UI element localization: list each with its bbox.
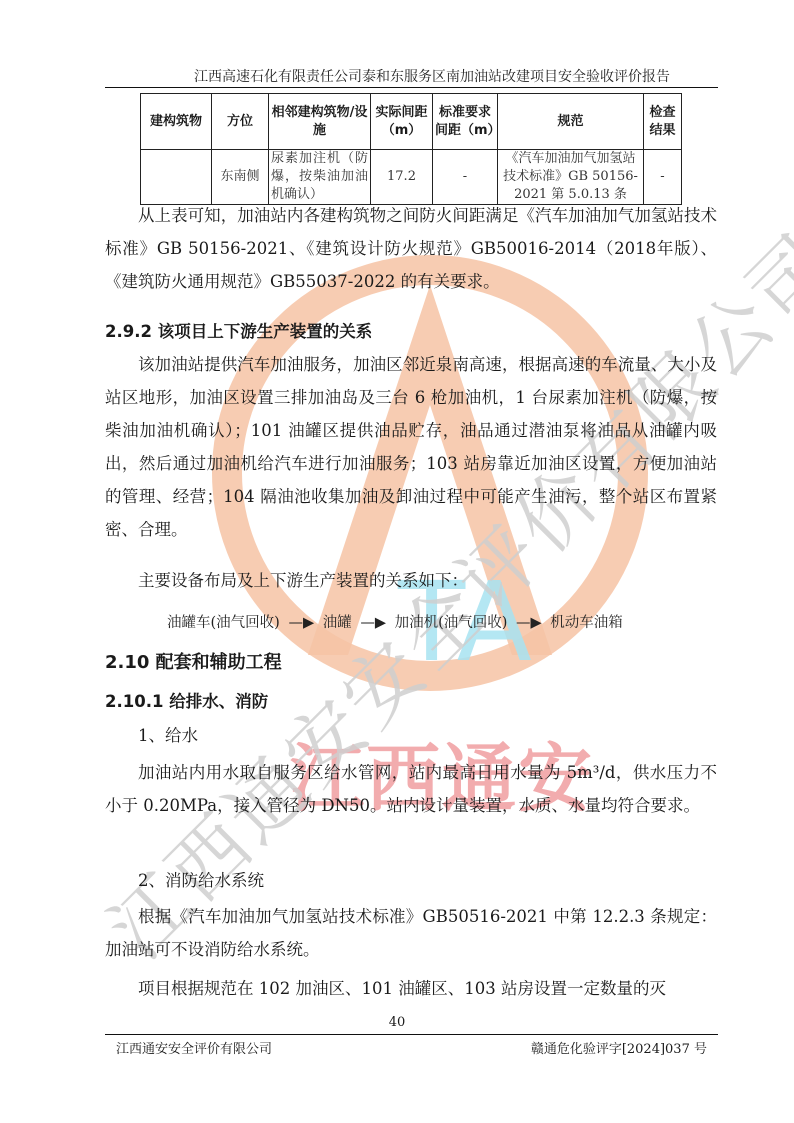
column-header: 实际间距（m） — [371, 94, 433, 150]
footer-doc-number: 赣通危化验评字[2024]037 号 — [531, 1038, 707, 1057]
column-header: 建构筑物 — [141, 94, 212, 150]
table-row: 东南侧 尿素加注机（防爆，按柴油加油机确认） 17.2 - 《汽车加油加气加氢站… — [141, 150, 682, 205]
process-flow: 油罐车(油气回收) —▶ 油罐 —▶ 加油机(油气回收) —▶ 机动车油箱 — [167, 611, 623, 632]
column-header: 方位 — [212, 94, 269, 150]
cell-adjacent: 尿素加注机（防爆，按柴油加油机确认） — [269, 150, 371, 205]
cell-result: - — [644, 150, 682, 205]
flow-intro: 主要设备布局及上下游生产装置的关系如下： — [105, 564, 717, 597]
column-header: 相邻建构筑物/设施 — [269, 94, 371, 150]
column-header: 规范 — [498, 94, 644, 150]
flow-step: 加油机(油气回收) — [395, 615, 508, 631]
section-heading-2-10-1: 2.10.1 给排水、消防 — [105, 688, 268, 712]
flow-step: 油罐 — [323, 615, 352, 631]
relationship-paragraph: 该加油站提供汽车加油服务，加油区邻近泉南高速，根据高速的车流量、大小及站区地形，… — [105, 348, 717, 546]
item-1-label: 1、给水 — [105, 719, 717, 752]
cell-building — [141, 150, 212, 205]
cell-standard: 《汽车加油加气加氢站技术标准》GB 50156-2021 第 5.0.13 条 — [498, 150, 644, 205]
flow-step: 机动车油箱 — [550, 615, 623, 631]
cell-actual-distance: 17.2 — [371, 150, 433, 205]
header-rule — [105, 87, 718, 88]
arrow-right-icon: —▶ — [360, 615, 386, 631]
cell-required-distance: - — [433, 150, 498, 205]
extinguisher-paragraph: 项目根据规范在 102 加油区、101 油罐区、103 站房设置一定数量的灭 — [105, 972, 717, 1005]
section-heading-2-9-2: 2.9.2 该项目上下游生产装置的关系 — [105, 318, 372, 342]
cell-direction: 东南侧 — [212, 150, 269, 205]
section-heading-2-10: 2.10 配套和辅助工程 — [105, 648, 282, 674]
page-number: 40 — [0, 1015, 794, 1030]
arrow-right-icon: —▶ — [288, 615, 314, 631]
water-supply-paragraph: 加油站内用水取自服务区给水管网，站内最高日用水量为 5m³/d，供水压力不小于 … — [105, 756, 717, 822]
running-header: 江西高速石化有限责任公司泰和东服务区南加油站改建项目安全验收评价报告 — [105, 66, 718, 86]
table-header-row: 建构筑物 方位 相邻建构筑物/设施 实际间距（m） 标准要求间距（m） 规范 检… — [141, 94, 682, 150]
document-page: TA 江西通安 江西通安安全评价有限公司 江西高速石化有限责任公司泰和东服务区南… — [0, 0, 794, 1123]
footer-company: 江西通安安全评价有限公司 — [116, 1038, 272, 1057]
arrow-right-icon: —▶ — [516, 615, 542, 631]
conclusion-paragraph: 从上表可知，加油站内各建构筑物之间防火间距满足《汽车加油加气加氢站技术标准》GB… — [105, 199, 717, 298]
item-2-label: 2、消防给水系统 — [105, 864, 717, 897]
column-header: 检查结果 — [644, 94, 682, 150]
footer-rule — [105, 1034, 718, 1035]
page-content: 江西高速石化有限责任公司泰和东服务区南加油站改建项目安全验收评价报告 建构筑物 … — [0, 0, 794, 1123]
flow-step: 油罐车(油气回收) — [167, 615, 280, 631]
fire-water-paragraph: 根据《汽车加油加气加氢站技术标准》GB50516-2021 中第 12.2.3 … — [105, 900, 717, 966]
column-header: 标准要求间距（m） — [433, 94, 498, 150]
fire-spacing-table: 建构筑物 方位 相邻建构筑物/设施 实际间距（m） 标准要求间距（m） 规范 检… — [140, 93, 682, 205]
